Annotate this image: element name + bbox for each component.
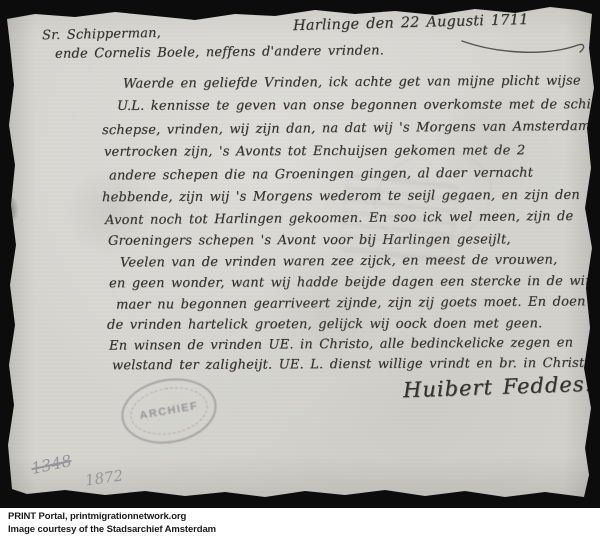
letter-line: hebbende, zijn wij 's Morgens wederom te… bbox=[102, 188, 580, 206]
letter-line: welstand ter zaligheijt. UE. L. dienst w… bbox=[112, 356, 597, 374]
caption-courtesy: Image courtesy of the Stadsarchief Amste… bbox=[8, 524, 216, 535]
pencil-number: 1872 bbox=[84, 466, 124, 489]
archive-stamp-ring bbox=[127, 382, 212, 441]
letter-scan-view: Sr. Schipperman, ende Cornelis Boele, ne… bbox=[0, 0, 600, 539]
letter-line: U.L. kennisse te geven van onse begonnen… bbox=[117, 97, 600, 114]
manuscript-paper: Sr. Schipperman, ende Cornelis Boele, ne… bbox=[5, 3, 594, 500]
paper-edge-smudge bbox=[3, 193, 19, 227]
letter-line: maer nu begonnen gearriveert zijnde, zij… bbox=[116, 294, 586, 312]
caption-source: PRINT Portal, printmigrationnetwork.org bbox=[8, 511, 186, 522]
signature: Huibert Feddes. bbox=[403, 372, 593, 403]
letter-line: Waerde en geliefde Vrinden, ick achte ge… bbox=[123, 73, 581, 91]
dateline: Harlinge den 22 Augusti 1711 bbox=[293, 12, 529, 34]
letter-line: schepse, vrinden, wij zijn dan, na dat w… bbox=[102, 119, 591, 138]
dateline-flourish bbox=[460, 33, 590, 61]
letter-line: Avont noch tot Harlingen gekoomen. En so… bbox=[105, 209, 574, 228]
scanner-background: Sr. Schipperman, ende Cornelis Boele, ne… bbox=[0, 0, 600, 508]
letter-line: en geen wonder, want wij hadde beijde da… bbox=[109, 274, 600, 292]
addressee-line-1: Sr. Schipperman, bbox=[42, 26, 161, 43]
archive-stamp: ARCHIEF bbox=[116, 371, 222, 451]
letter-line: de vrinden hartelick groeten, gelijck wi… bbox=[107, 316, 542, 333]
addressee-line-2: ende Cornelis Boele, neffens d'andere vr… bbox=[55, 43, 384, 61]
letter-line: En winsen de vrinden UE. in Christo, all… bbox=[109, 335, 573, 353]
caption-footer: PRINT Portal, printmigrationnetwork.org … bbox=[0, 508, 600, 539]
letter-line: Veelen van de vrinden waren zee zijck, e… bbox=[120, 252, 557, 270]
pencil-number-struck: 1348 bbox=[29, 451, 73, 478]
